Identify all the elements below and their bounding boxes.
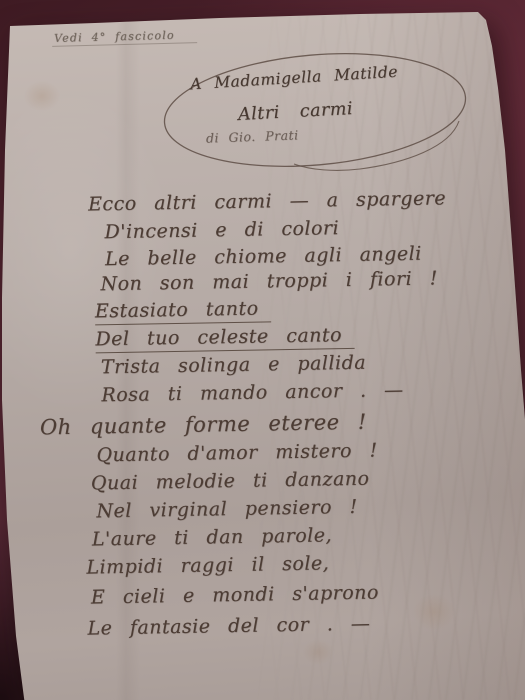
poem-line: Le belle chiome agli angeli — [105, 243, 422, 271]
poem-line: Estasiato tanto — [95, 297, 271, 325]
poem-line: E cieli e mondi s'aprono — [91, 581, 379, 608]
poem-line: Ecco altri carmi — a spargere — [88, 187, 446, 215]
poem: Ecco altri carmi — a spargere D'incensi … — [0, 0, 525, 700]
poem-line: Trista solinga e pallida — [101, 352, 367, 379]
manuscript-page: Vedi 4° fascicolo A Madamigella Matilde … — [0, 0, 525, 700]
poem-line: Del tuo celeste canto — [95, 324, 354, 354]
poem-line: Oh quante forme eteree ! — [40, 411, 367, 439]
poem-line: Quanto d'amor mistero ! — [96, 439, 378, 466]
poem-line: Nel virginal pensiero ! — [96, 496, 358, 523]
photo-of-manuscript: Vedi 4° fascicolo A Madamigella Matilde … — [0, 0, 525, 700]
poem-line: D'incensi e di colori — [104, 217, 339, 243]
poem-line: Non son mai troppi i fiori ! — [100, 267, 438, 295]
poem-line: L'aure ti dan parole, — [92, 524, 333, 550]
poem-line: Limpidi raggi il sole, — [86, 552, 329, 578]
paper-sheet-wrapper: Vedi 4° fascicolo A Madamigella Matilde … — [0, 0, 525, 700]
poem-line: Rosa ti mando ancor . — — [101, 379, 404, 406]
poem-line: Quai melodie ti danzano — [91, 468, 370, 495]
poem-line: Le fantasie del cor . — — [87, 613, 370, 640]
